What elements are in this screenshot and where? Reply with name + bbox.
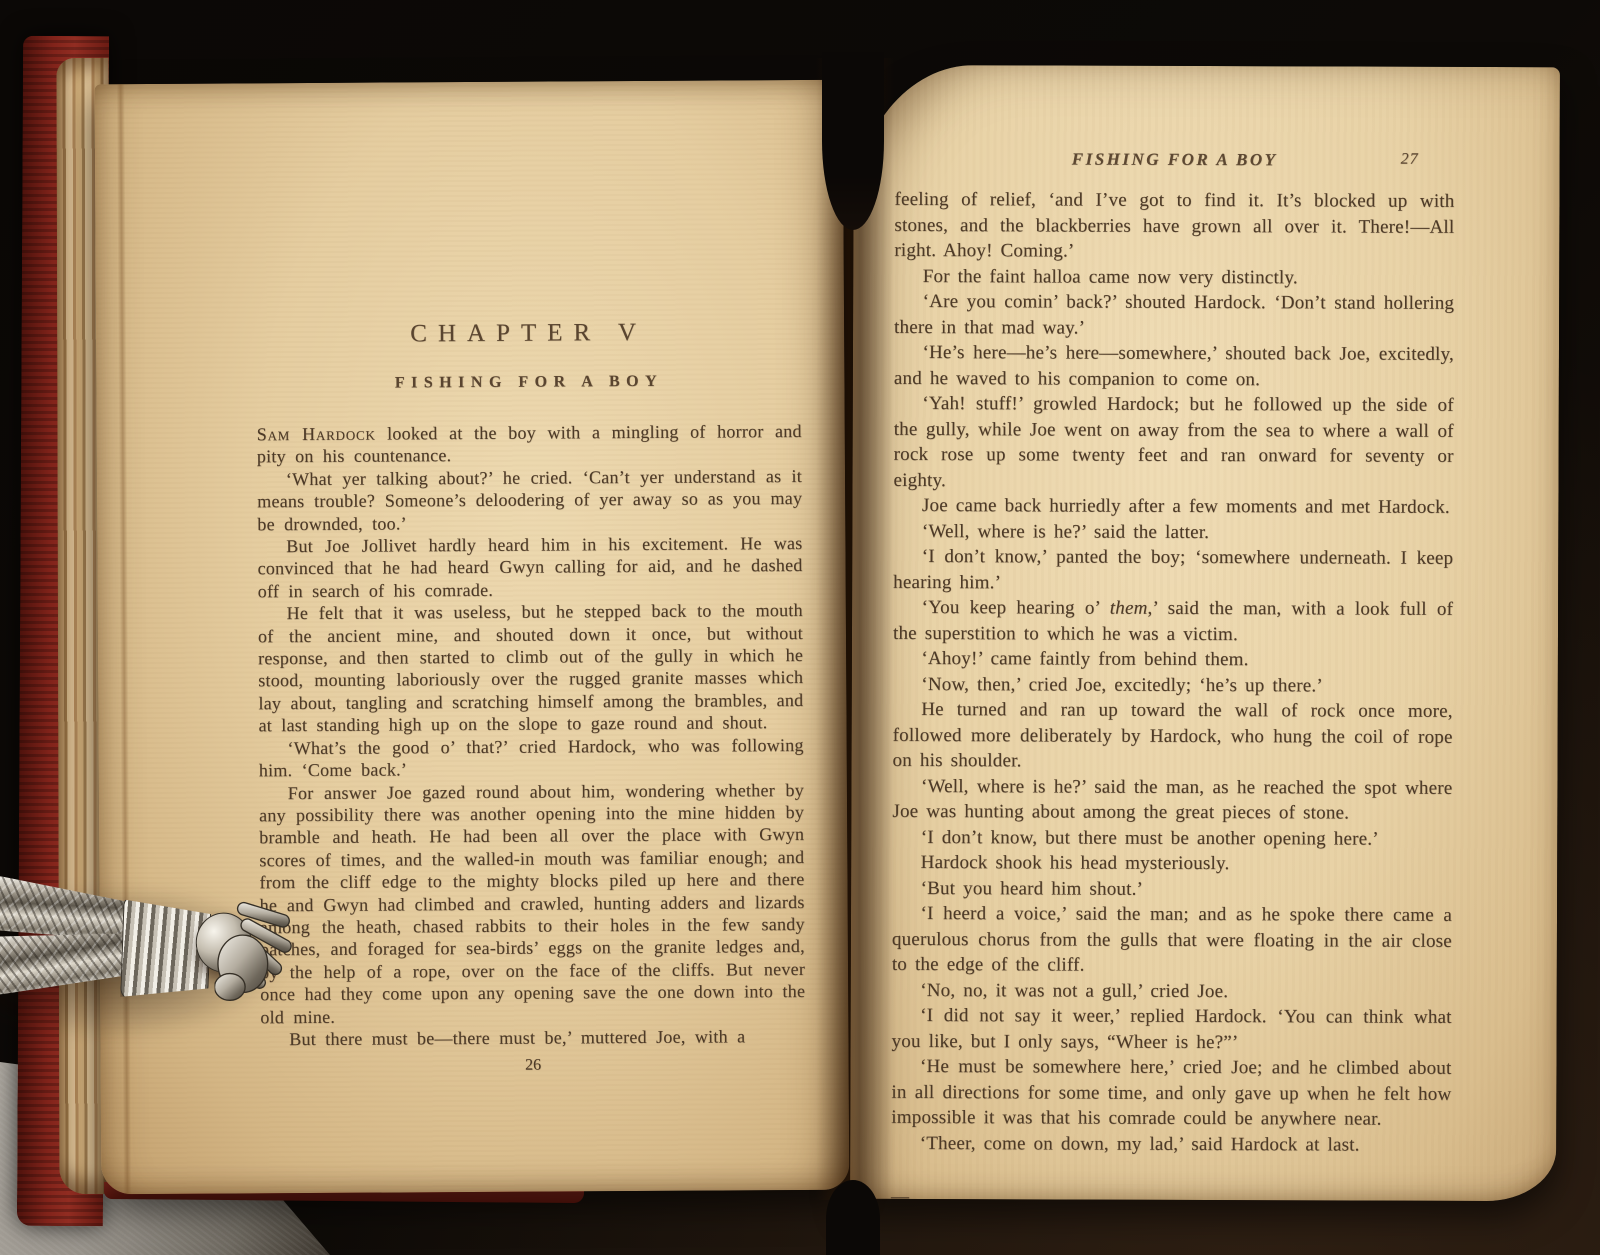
right-page-body-text: feeling of relief, ‘and I’ve got to find… (891, 187, 1454, 1158)
chapter-title: CHAPTER V (256, 318, 801, 349)
section-title: FISHING FOR A BOY (256, 372, 801, 393)
signature-mark: — (891, 1186, 1451, 1209)
silver-hand-bookmark-icon (0, 853, 314, 1059)
running-header-title: FISHING FOR A BOY (1072, 150, 1278, 170)
bookmark-hand-icon (213, 893, 301, 1010)
spine-notch-top (822, 52, 884, 230)
left-page-body-text: Sam Hardock looked at the boy with a min… (257, 420, 806, 1051)
spine-notch-bottom (826, 1180, 880, 1255)
photo-of-open-book: CHAPTER V FISHING FOR A BOY Sam Hardock … (0, 0, 1600, 1255)
right-page-number: 27 (1401, 151, 1419, 169)
running-header: FISHING FOR A BOY 27 (895, 149, 1455, 171)
left-page-number: 26 (261, 1055, 806, 1076)
right-page: FISHING FOR A BOY 27 feeling of relief, … (850, 65, 1560, 1201)
